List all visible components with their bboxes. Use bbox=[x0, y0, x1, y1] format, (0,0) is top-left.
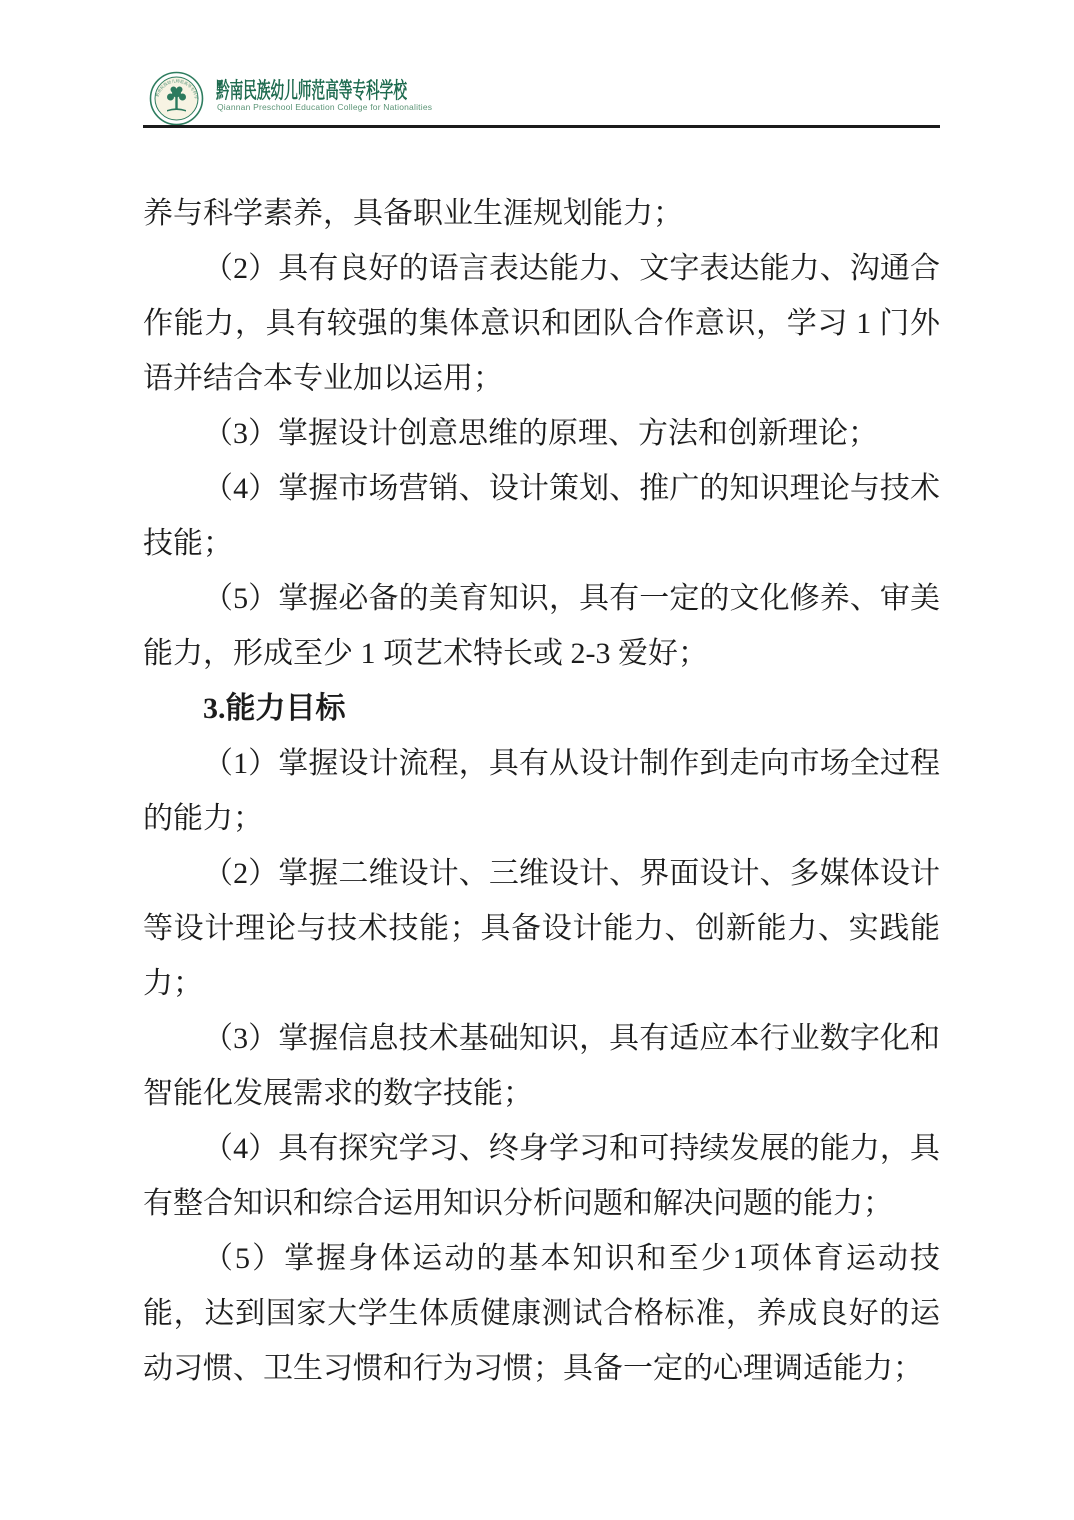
college-name-en: Qiannan Preschool Education College for … bbox=[217, 102, 432, 112]
paragraph: 养与科学素养，具备职业生涯规划能力； bbox=[143, 186, 940, 241]
paragraph: （4）掌握市场营销、设计策划、推广的知识理论与技术技能； bbox=[143, 461, 940, 571]
paragraph: （3）掌握信息技术基础知识，具有适应本行业数字化和智能化发展需求的数字技能； bbox=[143, 1011, 940, 1121]
section-heading: 3.能力目标 bbox=[143, 681, 940, 736]
document-body: 养与科学素养，具备职业生涯规划能力；（2）具有良好的语言表达能力、文字表达能力、… bbox=[143, 186, 940, 1396]
document-page: 黔南民族幼儿师范高等专科学校 黔南民族幼儿师范高等专科学校 Qiannan Pr… bbox=[0, 0, 1074, 1520]
paragraph: （2）掌握二维设计、三维设计、界面设计、多媒体设计等设计理论与技术技能；具备设计… bbox=[143, 846, 940, 1011]
college-seal-logo: 黔南民族幼儿师范高等专科学校 bbox=[149, 71, 204, 126]
paragraph: （4）具有探究学习、终身学习和可持续发展的能力，具有整合知识和综合运用知识分析问… bbox=[143, 1121, 940, 1231]
paragraph: （1）掌握设计流程，具有从设计制作到走向市场全过程的能力； bbox=[143, 736, 940, 846]
header-rule bbox=[143, 125, 940, 128]
paragraph: （5）掌握身体运动的基本知识和至少1项体育运动技能，达到国家大学生体质健康测试合… bbox=[143, 1231, 940, 1396]
paragraph: （3）掌握设计创意思维的原理、方法和创新理论； bbox=[143, 406, 940, 461]
paragraph: （2）具有良好的语言表达能力、文字表达能力、沟通合作能力，具有较强的集体意识和团… bbox=[143, 241, 940, 406]
paragraph: （5）掌握必备的美育知识，具有一定的文化修养、审美能力，形成至少 1 项艺术特长… bbox=[143, 571, 940, 681]
college-name-zh: 黔南民族幼儿师范高等专科学校 bbox=[216, 74, 407, 105]
